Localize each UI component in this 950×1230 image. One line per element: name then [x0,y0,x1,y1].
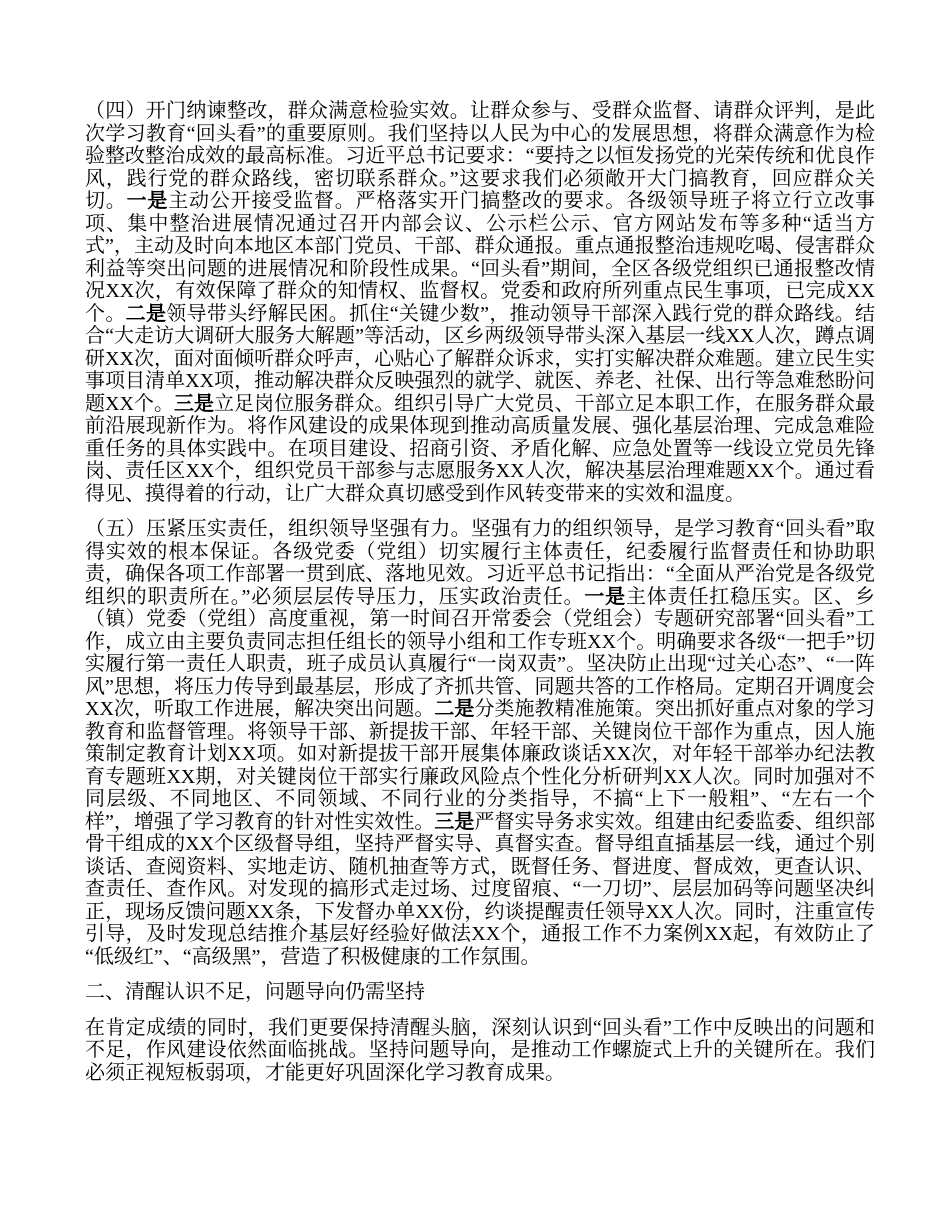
bold-marker-first: 一是 [584,586,626,608]
bold-marker-third: 三是 [174,393,214,415]
section-heading: 二、清醒认识不足，问题导向仍需坚持 [85,981,875,1004]
bold-marker-second: 二是 [126,303,167,325]
bold-marker-first: 一是 [127,190,169,212]
document-page: { "page": { "background": "#ffffff", "te… [0,0,950,1230]
section-heading-text: 二、清醒认识不足，问题导向仍需坚持 [85,981,425,1003]
text-run: 在肯定成绩的同时，我们更要保持清醒头脑，深刻认识到“回头看”工作中反映出的问题和… [85,1017,875,1084]
bold-marker-second: 二是 [434,698,474,720]
bold-marker-third: 三是 [434,811,474,833]
paragraph-conclusion: 在肯定成绩的同时，我们更要保持清醒头脑，深刻认识到“回头看”工作中反映出的问题和… [85,1017,875,1085]
document-body: （四）开门纳谏整改，群众满意检验实效。让群众参与、受群众监督、请群众评判，是此次… [85,100,875,1084]
text-run: 严督实导务求实效。组建由纪委监委、组织部骨干组成的XX个区级督导组，坚持严督实导… [85,811,875,968]
paragraph-point-four: （四）开门纳谏整改，群众满意检验实效。让群众参与、受群众监督、请群众评判，是此次… [85,100,875,505]
paragraph-point-five: （五）压紧压实责任，组织领导坚强有力。坚强有力的组织领导，是学习教育“回头看”取… [85,518,875,968]
